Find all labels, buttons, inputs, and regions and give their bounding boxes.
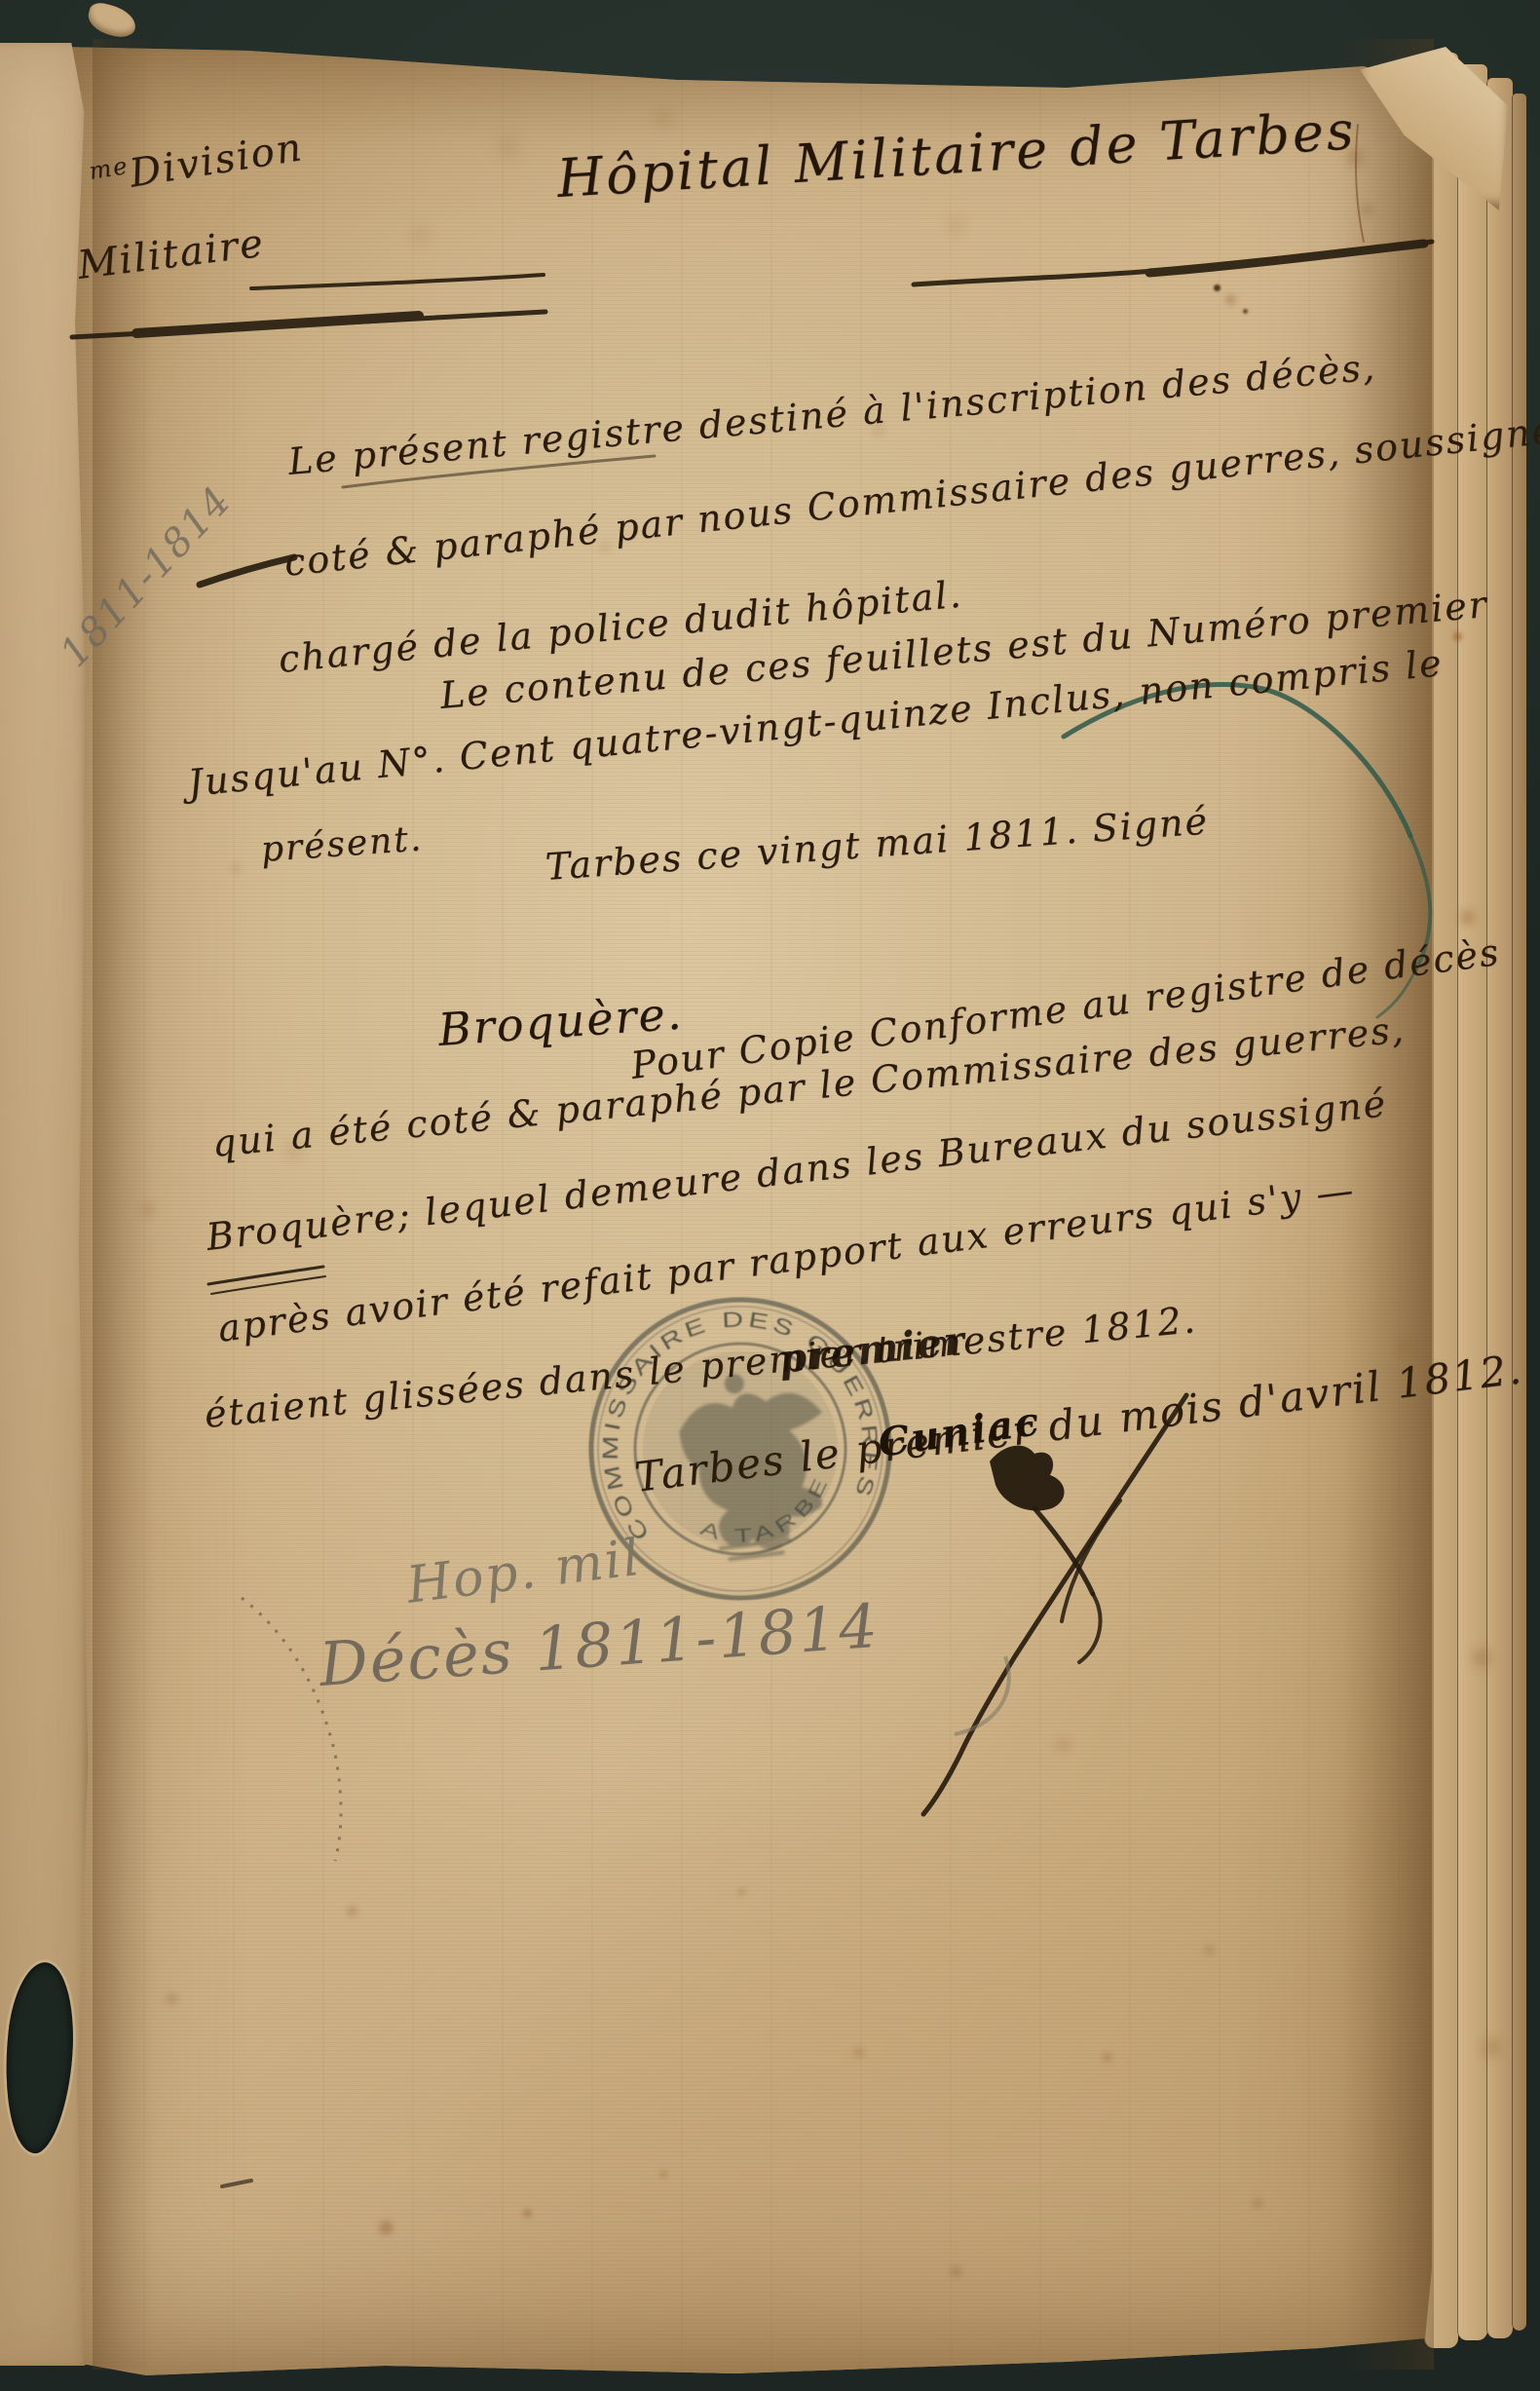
archive-scan: COMMISSAIRE DES GUERRES A TARBES meDivis… bbox=[0, 0, 1540, 2391]
binding-gutter-shadow bbox=[93, 39, 155, 2370]
paper-fragment bbox=[85, 0, 139, 40]
page-stack-edge bbox=[1457, 64, 1487, 2340]
division-superscript: me bbox=[87, 152, 131, 185]
foxing-spots bbox=[0, 0, 3, 3]
